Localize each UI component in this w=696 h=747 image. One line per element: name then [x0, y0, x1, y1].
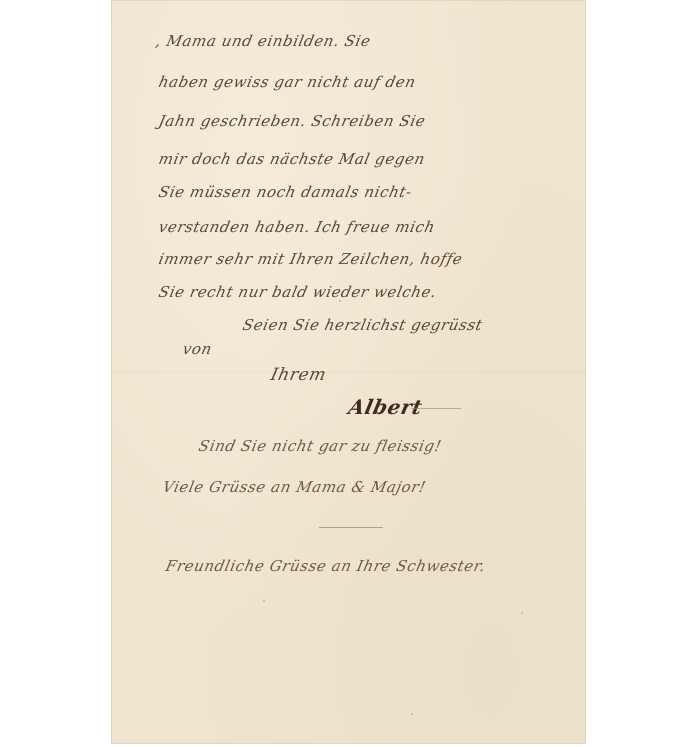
- letter-line-6: verstanden haben. Ich freue mich: [157, 218, 437, 236]
- signature: Albert: [346, 395, 424, 419]
- letter-page: , Mama und einbilden. Sie haben gewiss g…: [111, 0, 586, 744]
- paper-speck: [339, 300, 341, 302]
- separator-line: [319, 527, 383, 528]
- letter-line-9: Seien Sie herzlichst gegrüsst: [241, 316, 484, 334]
- signature-flourish: [411, 408, 461, 409]
- letter-line-3: Jahn geschrieben. Schreiben Sie: [157, 112, 427, 130]
- letter-line-2: haben gewiss gar nicht auf den: [157, 73, 417, 91]
- letter-line-10: von: [181, 340, 214, 358]
- letter-line-1: , Mama und einbilden. Sie: [154, 32, 372, 50]
- letter-line-4: mir doch das nächste Mal gegen: [157, 150, 427, 168]
- fold-crease: [111, 372, 586, 373]
- final-greeting: Freundliche Grüsse an Ihre Schwester.: [164, 557, 487, 575]
- postscript-2: Viele Grüsse an Mama & Major!: [161, 478, 428, 496]
- postscript-1: Sind Sie nicht gar zu fleissig!: [197, 437, 443, 455]
- letter-line-8: Sie recht nur bald wieder welche.: [157, 283, 438, 301]
- letter-line-5: Sie müssen noch damals nicht-: [157, 183, 414, 201]
- paper-speck: [263, 600, 265, 602]
- paper-speck: [521, 612, 523, 614]
- letter-line-7: immer sehr mit Ihren Zeilchen, hoffe: [157, 250, 464, 268]
- closing-salutation: Ihrem: [269, 365, 328, 385]
- paper-speck: [411, 713, 413, 715]
